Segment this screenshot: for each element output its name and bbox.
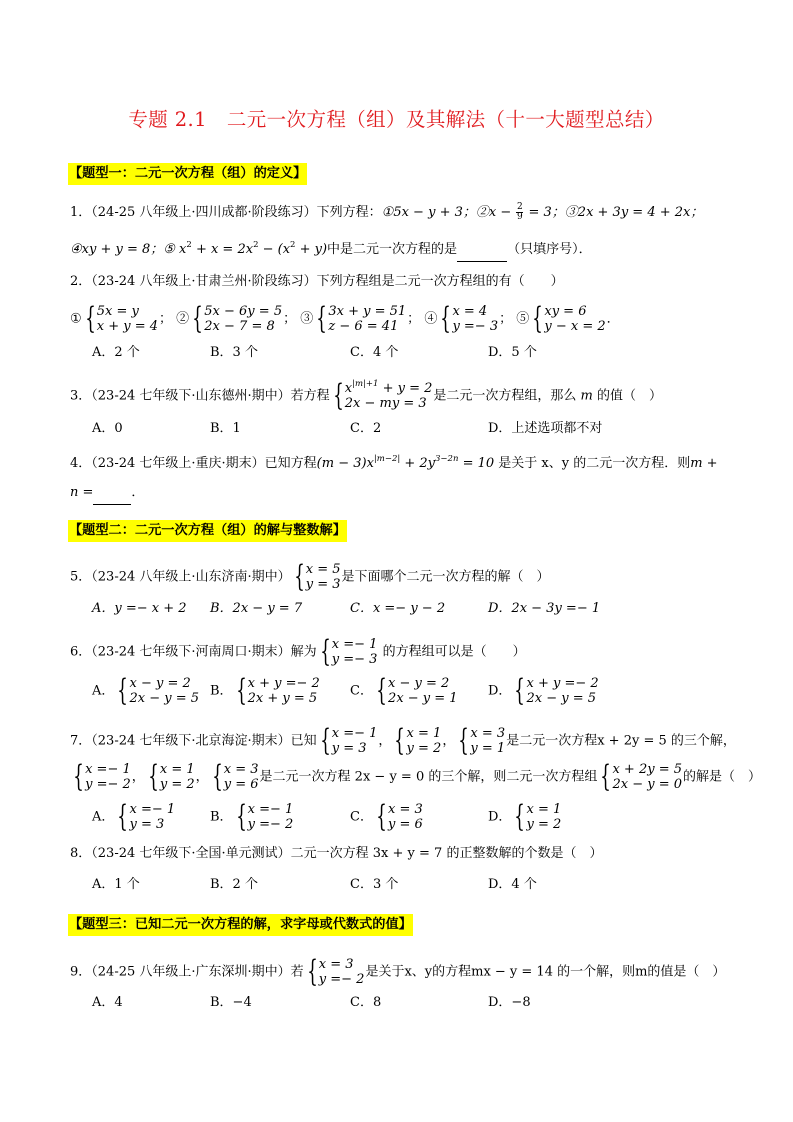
circled-number: ④ <box>424 312 437 327</box>
equation-system: {x =− 1y = 3 <box>115 802 175 832</box>
equation-row: x = 1 <box>527 802 562 817</box>
equation-row: x − y = 2 <box>388 676 458 691</box>
equation-system: {x = 5y = 3 <box>292 562 341 592</box>
separator: ， <box>196 770 209 785</box>
equation-system: {xy = 6y − x = 2 <box>530 304 605 334</box>
option-c[interactable]: C．{x − y = 22x − y = 1 <box>350 676 459 706</box>
question-stem: 下列方程： <box>317 205 382 220</box>
option-d[interactable]: D．{x = 1y = 2 <box>488 802 562 832</box>
equation-row: xy = 6 <box>544 304 605 319</box>
equation-5: − (x <box>258 242 290 257</box>
equation-row: 2x + y = 5 <box>248 691 320 706</box>
equation-4: ④xy + y = 8；⑤ <box>70 242 179 257</box>
question-stem: 的值（ ） <box>597 389 662 404</box>
equation-row: x − y = 2 <box>129 676 199 691</box>
question-stem: 是二元一次方程组，那么 <box>433 389 576 404</box>
question-stem: 解为 <box>291 645 317 660</box>
exponent: 3−2n <box>435 454 458 464</box>
option-label: A． <box>92 810 114 825</box>
option-a[interactable]: A．{x − y = 22x − y = 5 <box>92 676 200 706</box>
equation-system: {5x = yx + y = 4 <box>83 304 158 334</box>
section-heading-2: 【题型二：二元一次方程（组）的解与整数解】 <box>68 520 347 542</box>
question-source: （24-25 八年级上·广东深圳·期中） <box>91 965 290 980</box>
equation-system: {5x − 6y = 52x − 7 = 8 <box>190 304 282 334</box>
equation-row: y = 6 <box>224 777 259 792</box>
exponent: |m|+1 <box>352 379 378 389</box>
question-stem: 已知 <box>291 734 317 749</box>
equation-row: x = 4 <box>452 304 498 319</box>
option-b[interactable]: B．−4 <box>210 994 252 1012</box>
equation-row: 5x − 6y = 5 <box>204 304 282 319</box>
solution-pair: {x = 1y = 2 <box>146 762 195 792</box>
question-stem: 已知方程 <box>265 456 317 471</box>
equation-row: x + y =− 2 <box>248 676 320 691</box>
question-stem: 二元一次方程 3x + y = 7 的正整数解的个数是（ ） <box>291 846 603 861</box>
question-2-line-1: 2．（23-24 八年级上·甘肃兰州·阶段练习）下列方程组是二元一次方程组的有（… <box>70 273 564 291</box>
equation-row: x =− 1 <box>332 637 378 652</box>
section-heading-3: 【题型三：已知二元一次方程的解，求字母或代数式的值】 <box>68 914 413 936</box>
answer-blank[interactable] <box>457 243 507 262</box>
option-b[interactable]: B．{x + y =− 22x + y = 5 <box>210 676 321 706</box>
question-number: 7． <box>70 734 91 749</box>
option-label: D． <box>488 810 511 825</box>
circled-number: ① <box>70 312 82 327</box>
equation-row: 2x − y = 0 <box>612 777 682 792</box>
question-source: （24-25 八年级上·四川成都·阶段练习） <box>91 205 316 220</box>
equation-row: x + 2y = 5 <box>612 762 682 777</box>
equation-system: {3x + y = 51z − 6 = 41 <box>314 304 406 334</box>
option-d[interactable]: D．4 个 <box>488 876 537 894</box>
question-stem: 是关于 x、y 的二元一次方程．则 <box>494 456 690 471</box>
separator: ； <box>159 312 172 327</box>
solution-pair: {x = 3y = 6 <box>210 762 259 792</box>
fraction: 29 <box>516 203 523 222</box>
equation-row: 2x − y = 5 <box>527 691 599 706</box>
separator: ． <box>607 312 620 327</box>
option-d[interactable]: D．−8 <box>488 994 531 1012</box>
equation-row: x =− 1 <box>248 802 294 817</box>
equation-row: y = 6 <box>388 817 423 832</box>
option-label: C． <box>350 810 373 825</box>
option-b[interactable]: B．1 <box>210 420 241 438</box>
option-b[interactable]: B．2 个 <box>210 876 258 894</box>
separator: ， <box>132 770 145 785</box>
equation-row: 2x − my = 3 <box>345 396 433 411</box>
option-d[interactable]: D．5 个 <box>488 344 537 362</box>
equation-system: {x = 1y = 2 <box>512 802 561 832</box>
equation-row: x = 3 <box>388 802 423 817</box>
equation-system: {x + 2y = 52x − y = 0 <box>598 762 682 792</box>
equation: m + <box>690 456 717 471</box>
equation-row: y =− 2 <box>248 817 294 832</box>
question-2-systems: ①{5x = yx + y = 4； ②{5x − 6y = 52x − 7 =… <box>70 304 620 334</box>
question-number: 3． <box>70 389 91 404</box>
equation-system: {x + y =− 22x + y = 5 <box>234 676 320 706</box>
question-stem: 是下面哪个二元一次方程的解（ ） <box>342 570 550 585</box>
equation-system: {x = 3y = 6 <box>374 802 423 832</box>
question-number: 5． <box>70 570 91 585</box>
question-stem: 下列方程组是二元一次方程组的有（ ） <box>317 274 564 289</box>
separator: ， <box>378 734 391 749</box>
equation-row: x = 1 <box>407 726 442 741</box>
equation-system: {x|m|+1 + y = 22x − my = 3 <box>331 381 433 411</box>
question-1-line-2: ④xy + y = 8；⑤ x2 + x = 2x2 − (x2 + y)中是二… <box>70 241 592 262</box>
equation-system: {x − y = 22x − y = 5 <box>115 676 199 706</box>
question-stem: 的解是（ ） <box>683 770 761 785</box>
instruction: （只填序号）． <box>507 242 592 257</box>
numerator: 2 <box>517 203 523 212</box>
solution-pair: {x =− 1y =− 2 <box>71 762 131 792</box>
exponent: |m−2| <box>374 454 400 464</box>
equation-5: + y) <box>295 242 327 257</box>
question-source: （23-24 七年级下·北京海淀·期末） <box>91 734 290 749</box>
question-stem: 是关于x、y的方程mx − y = 14 的一个解，则m的值是（ ） <box>365 965 725 980</box>
equation-system: {x =− 1y =− 3 <box>318 637 378 667</box>
question-8-line-1: 8．（23-24 七年级下·全国·单元测试）二元一次方程 3x + y = 7 … <box>70 845 602 863</box>
question-source: （23-24 七年级下·全国·单元测试） <box>91 846 290 861</box>
equation-row: y =− 2 <box>319 972 365 987</box>
equation-system: {x = 3y =− 2 <box>305 957 365 987</box>
question-stem: 是二元一次方程x + 2y = 5 的三个解， <box>506 734 736 749</box>
question-number: 2． <box>70 274 91 289</box>
equation-row: y = 1 <box>470 741 505 756</box>
variable: m <box>576 389 597 404</box>
equation-row: z − 6 = 41 <box>328 319 406 334</box>
question-stem: 中是二元一次方程的是 <box>327 242 457 257</box>
separator: ； <box>283 312 296 327</box>
question-4-line-1: 4．（23-24 七年级上·重庆·期末）已知方程(m − 3)x|m−2| + … <box>70 455 718 473</box>
equation-system: {x − y = 22x − y = 1 <box>374 676 458 706</box>
equation-row: y =− 3 <box>452 319 498 334</box>
equation-row: x = 3 <box>470 726 505 741</box>
answer-blank[interactable] <box>93 486 131 505</box>
equation-system: {x + y =− 22x − y = 5 <box>512 676 598 706</box>
question-number: 1． <box>70 205 91 220</box>
solution-pair: {x =− 1y = 3 <box>318 726 378 756</box>
option-b[interactable]: B．{x =− 1y =− 2 <box>210 802 294 832</box>
equation-row: y = 2 <box>527 817 562 832</box>
question-3-line-1: 3．（23-24 七年级下·山东德州·期中）若方程{x|m|+1 + y = 2… <box>70 381 662 411</box>
equation-rest: + y = 2 <box>378 381 432 396</box>
equation-5: + x = 2x <box>192 242 253 257</box>
equation-row: x|m|+1 + y = 2 <box>345 381 433 396</box>
equation-3: ③2x + 3y = 4 + 2x； <box>565 205 704 220</box>
option-a[interactable]: A．y =− x + 2 <box>92 600 187 618</box>
punctuation: ． <box>131 485 144 500</box>
equation-row: y = 3 <box>129 817 175 832</box>
option-label: A． <box>92 684 114 699</box>
option-label: B． <box>210 810 233 825</box>
option-d[interactable]: D．{x + y =− 22x − y = 5 <box>488 676 600 706</box>
base: x <box>345 381 352 396</box>
question-6-line-1: 6．（23-24 七年级下·河南周口·期末）解为{x =− 1y =− 3 的方… <box>70 637 526 667</box>
question-stem: 若方程 <box>291 389 330 404</box>
equation-row: y = 3 <box>332 741 378 756</box>
denominator: 9 <box>517 213 523 222</box>
section-heading-1: 【题型一：二元一次方程（组）的定义】 <box>68 163 307 185</box>
separator: ； <box>499 312 512 327</box>
option-c[interactable]: C．x =− y − 2 <box>350 600 445 618</box>
option-a[interactable]: A．4 <box>92 994 123 1012</box>
equation-row: x =− 1 <box>332 726 378 741</box>
option-c[interactable]: C．3 个 <box>350 876 398 894</box>
equation-1: ①5x − y + 3； <box>382 205 476 220</box>
option-d[interactable]: D．2x − 3y =− 1 <box>488 600 600 618</box>
option-c[interactable]: C．2 <box>350 420 381 438</box>
equation: n = <box>70 485 93 500</box>
question-number: 8． <box>70 846 91 861</box>
equation-row: 2x − y = 5 <box>129 691 199 706</box>
question-source: （23-24 七年级下·山东德州·期中） <box>91 389 290 404</box>
option-c[interactable]: C．8 <box>350 994 381 1012</box>
question-source: （23-24 七年级下·河南周口·期末） <box>91 645 290 660</box>
equation-row: x + y =− 2 <box>527 676 599 691</box>
question-source: （23-24 七年级上·重庆·期末） <box>91 456 264 471</box>
equation-2: ②x − <box>476 205 516 220</box>
equation-row: y − x = 2 <box>544 319 605 334</box>
option-d[interactable]: D．上述选项都不对 <box>488 420 602 438</box>
equation-row: y =− 3 <box>332 652 378 667</box>
question-stem: 是二元一次方程 2x − y = 0 的三个解，则二元一次方程组 <box>260 770 598 785</box>
equation: + 2y <box>400 456 435 471</box>
question-stem: 的方程组可以是（ ） <box>378 645 525 660</box>
equation: = 10 <box>458 456 494 471</box>
question-7-line-1: 7．（23-24 七年级下·北京海淀·期末）已知{x =− 1y = 3，{x … <box>70 726 736 756</box>
option-a[interactable]: A．1 个 <box>92 876 140 894</box>
option-label: C． <box>350 684 373 699</box>
equation-row: x = 5 <box>306 562 341 577</box>
option-c[interactable]: C．4 个 <box>350 344 398 362</box>
circled-number: ③ <box>300 312 313 327</box>
equation-row: y = 2 <box>407 741 442 756</box>
equation-row: y = 3 <box>306 577 341 592</box>
equation-2-rest: = 3； <box>524 205 564 220</box>
circled-number: ② <box>176 312 189 327</box>
equation-row: x = 1 <box>160 762 195 777</box>
equation-row: x =− 1 <box>85 762 131 777</box>
document-page: 专题 2.1 二元一次方程（组）及其解法（十一大题型总结） 【题型一：二元一次方… <box>0 0 793 1122</box>
solution-pair: {x = 1y = 2 <box>392 726 441 756</box>
separator: ， <box>442 734 455 749</box>
question-1-line-1: 1．（24-25 八年级上·四川成都·阶段练习）下列方程：①5x − y + 3… <box>70 203 703 222</box>
option-a[interactable]: A．{x =− 1y = 3 <box>92 802 176 832</box>
question-number: 9． <box>70 965 91 980</box>
question-4-line-2: n = ． <box>70 484 144 505</box>
equation-row: x + y = 4 <box>97 319 158 334</box>
question-stem: 若 <box>291 965 304 980</box>
option-a[interactable]: A．0 <box>92 420 123 438</box>
option-label: B． <box>210 684 233 699</box>
equation-row: x = 3 <box>224 762 259 777</box>
question-number: 4． <box>70 456 91 471</box>
equation-row: x =− 1 <box>129 802 175 817</box>
option-c[interactable]: C．{x = 3y = 6 <box>350 802 424 832</box>
solution-pair: {x = 3y = 1 <box>456 726 505 756</box>
question-source: （23-24 八年级上·山东济南·期中） <box>91 570 290 585</box>
equation-row: y =− 2 <box>85 777 131 792</box>
equation-row: 5x = y <box>97 304 158 319</box>
option-a[interactable]: A．2 个 <box>92 344 140 362</box>
equation: (m − 3)x <box>317 456 374 471</box>
question-5-line-1: 5．（23-24 八年级上·山东济南·期中）{x = 5y = 3是下面哪个二元… <box>70 562 550 592</box>
equation-row: 2x − 7 = 8 <box>204 319 282 334</box>
question-9-line-1: 9．（24-25 八年级上·广东深圳·期中）若{x = 3y =− 2是关于x、… <box>70 957 725 987</box>
page-title: 专题 2.1 二元一次方程（组）及其解法（十一大题型总结） <box>0 104 793 132</box>
question-source: （23-24 八年级上·甘肃兰州·阶段练习） <box>91 274 316 289</box>
equation-system: {x = 4y =− 3 <box>438 304 498 334</box>
circled-number: ⑤ <box>516 312 529 327</box>
equation-row: 2x − y = 1 <box>388 691 458 706</box>
separator: ； <box>407 312 420 327</box>
question-number: 6． <box>70 645 91 660</box>
equation-row: 3x + y = 51 <box>328 304 406 319</box>
equation-row: x = 3 <box>319 957 365 972</box>
equation-row: y = 2 <box>160 777 195 792</box>
option-b[interactable]: B．3 个 <box>210 344 258 362</box>
option-b[interactable]: B．2x − y = 7 <box>210 600 302 618</box>
equation-system: {x =− 1y =− 2 <box>234 802 294 832</box>
option-label: D． <box>488 684 511 699</box>
question-7-line-2: {x =− 1y =− 2，{x = 1y = 2，{x = 3y = 6是二元… <box>70 762 761 792</box>
